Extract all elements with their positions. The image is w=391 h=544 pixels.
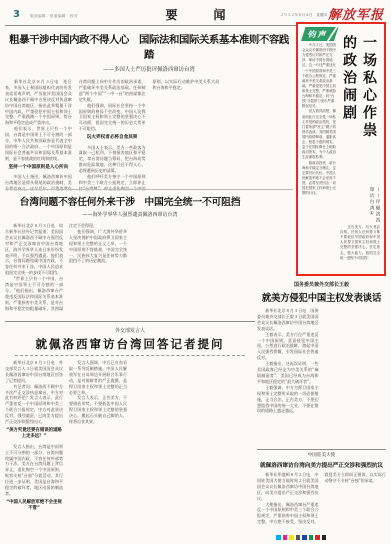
commentary-paragraphs: ８月２日，美国国会众议长佩洛西不顾中方强烈反对和严正交涉，窜访中国台湾地区。这一… [302, 43, 337, 196]
commentary-box: 钧声 ８月２日，美国国会众议长佩洛西不顾中方强烈反对和严正交涉，窜访中国台湾地区… [296, 22, 386, 276]
ambassador-body: 新华社华盛顿８月２日电 中国驻美国大使当地时间２日就美国国会众议长佩洛西窜访中国… [257, 472, 386, 532]
mid-bottom-divider [5, 321, 255, 322]
wangyi-article: 国务委员兼外交部长王毅 就美方侵犯中国主权发表谈话 新华社北京８月３日电 国务委… [257, 281, 386, 446]
qa-question-head: “中国人民解放军绝不会坐视不管” [5, 500, 63, 513]
ambassador-article: 中国驻美大使 就佩洛西窜访台湾向美方提出严正交涉和强烈抗议 新华社华盛顿８月２日… [257, 452, 386, 532]
lead-article: 粗暴干涉中国内政不得人心 国际法和国际关系基本准则不容践踏 ——多国人士严厉批评… [5, 31, 293, 196]
commentary-subtitle: ——评佩洛西窜访台湾① [342, 143, 380, 225]
commentary-body-column: ８月２日，美国国会众议长佩洛西不顾中方强烈反对和严正交涉，窜访中国台湾地区。这一… [302, 43, 337, 272]
qa-kicker: 外交部发言人 [5, 327, 255, 334]
lead-paragraphs: 新华社北京８月３日电 连日来，多国人士和国际组织代表纷纷发表谈话或声明，严厉批评… [5, 79, 72, 162]
newspaper-page: 3 版面编辑／组版编辑 校对 要 闻 ２０２２年８月４日 星期四 解放军报 粗暴… [0, 0, 391, 544]
qa-paragraphs: 新华社北京８月３日电 外交部发言人３日就美国国会众议长佩洛西窜访中国台湾地区回答… [5, 360, 63, 425]
mid-article: 台湾问题不容任何外来干涉 中国完全统一不可阻挡 ——海外学界华人强烈谴责佩洛西窜… [5, 194, 255, 313]
qa-question-head: “美方究竟还要在错误的道路上走多远？” [5, 428, 63, 441]
lead-headline: 粗暴干涉中国内政不得人心 国际法和国际关系基本准则不容践踏 [5, 31, 293, 61]
vertical-title-wrap: 一场私心作祟的政治闹剧 ——评佩洛西窜访台湾① [340, 27, 380, 225]
lead-crosshead: 坚持一个中国原则是人心所向 [5, 165, 72, 171]
ambassador-headline: 就佩洛西窜访台湾向美方提出严正交涉和强烈抗议 [257, 460, 386, 469]
ambassador-paragraphs: 新华社华盛顿８月２日电 中国驻美国大使当地时间２日就美国国会众议长佩洛西窜访中国… [257, 472, 386, 532]
color-mark [315, 535, 320, 540]
color-mark [309, 535, 314, 540]
wangyi-headline: 就美方侵犯中国主权发表谈话 [257, 290, 386, 304]
ambassador-kicker: 中国驻美大使 [257, 452, 386, 458]
commentary-title: 一场私心作祟的政治闹剧 [340, 35, 380, 143]
commentary-footer: 正告美方，玩火者必自焚。任何人任何势力都不要低估中国政府和中国人民捍卫国家主权和… [340, 225, 380, 271]
color-mark [289, 535, 294, 540]
qa-body: 新华社北京８月３日电 外交部发言人３日就美国国会众议长佩洛西窜访中国台湾地区回答… [5, 360, 255, 526]
date-line: ２０２２年８月４日 星期四 [280, 13, 327, 18]
mid-body: 新华社北京８月３日电 综合新华社驻外记者报道：美国国会众议长佩洛西不顾中方强烈反… [5, 223, 255, 313]
wangyi-paragraphs: 新华社北京８月３日电 国务委员兼外交部长王毅３日就美国国会众议长佩洛西窜访中国台… [257, 308, 319, 414]
lead-body: 新华社北京８月３日电 连日来，多国人士和国际组织代表纷纷发表谈话或声明，严厉批评… [5, 79, 293, 196]
masthead-logo: 解放军报 [328, 4, 384, 23]
qa-paragraphs: 发言人强调，中方已宣布采取一系列反制措施。中国人民解放军在台岛周边开展联合军事行… [69, 360, 127, 425]
wangyi-body: 新华社北京８月３日电 国务委员兼外交部长王毅３日就美国国会众议长佩洛西窜访中国台… [257, 308, 386, 446]
commentary-inner: ８月２日，美国国会众议长佩洛西不顾中方强烈反对和严正交涉，窜访中国台湾地区。这一… [302, 27, 380, 271]
lead-bottom-divider [5, 189, 293, 190]
print-marks [276, 535, 326, 540]
qa-paragraphs: 发言人指出，台湾是中国领土不可分割的一部分，台湾问题纯属中国内政，不容任何外部势… [5, 444, 63, 497]
mid-paragraphs: 新华社北京８月３日电 综合新华社驻外记者报道：美国国会众议长佩洛西不顾中方强烈反… [5, 223, 127, 313]
color-mark [302, 535, 307, 540]
color-mark [322, 535, 327, 540]
qa-headline: 就佩洛西窜访台湾回答记者提问 [5, 336, 255, 352]
color-mark [296, 535, 301, 540]
mid-headline: 台湾问题不容任何外来干涉 中国完全统一不可阻挡 [5, 194, 255, 208]
right-column-divider [257, 449, 386, 450]
wangyi-kicker: 国务委员兼外交部长王毅 [257, 281, 386, 288]
color-mark [276, 535, 281, 540]
qa-article: 外交部发言人 就佩洛西窜访台湾回答记者提问 新华社北京８月３日电 外交部发言人３… [5, 327, 255, 526]
qa-headline-divider [15, 355, 245, 356]
color-mark [283, 535, 288, 540]
commentary-title-area: 一场私心作祟的政治闹剧 ——评佩洛西窜访台湾① 正告美方，玩火者必自焚。任何人任… [340, 27, 380, 271]
lead-crosshead: 玩火弄权者必将自食其果 [79, 135, 146, 141]
mid-subhead: ——海外学界华人强烈谴责佩洛西窜访台湾 [5, 211, 255, 218]
lead-subhead: ——多国人士严厉批评佩洛西窜访台湾 [5, 65, 293, 73]
commentary-footer-text: 正告美方，玩火者必自焚。任何人任何势力都不要低估中国政府和中国人民捍卫国家主权和… [340, 225, 380, 261]
